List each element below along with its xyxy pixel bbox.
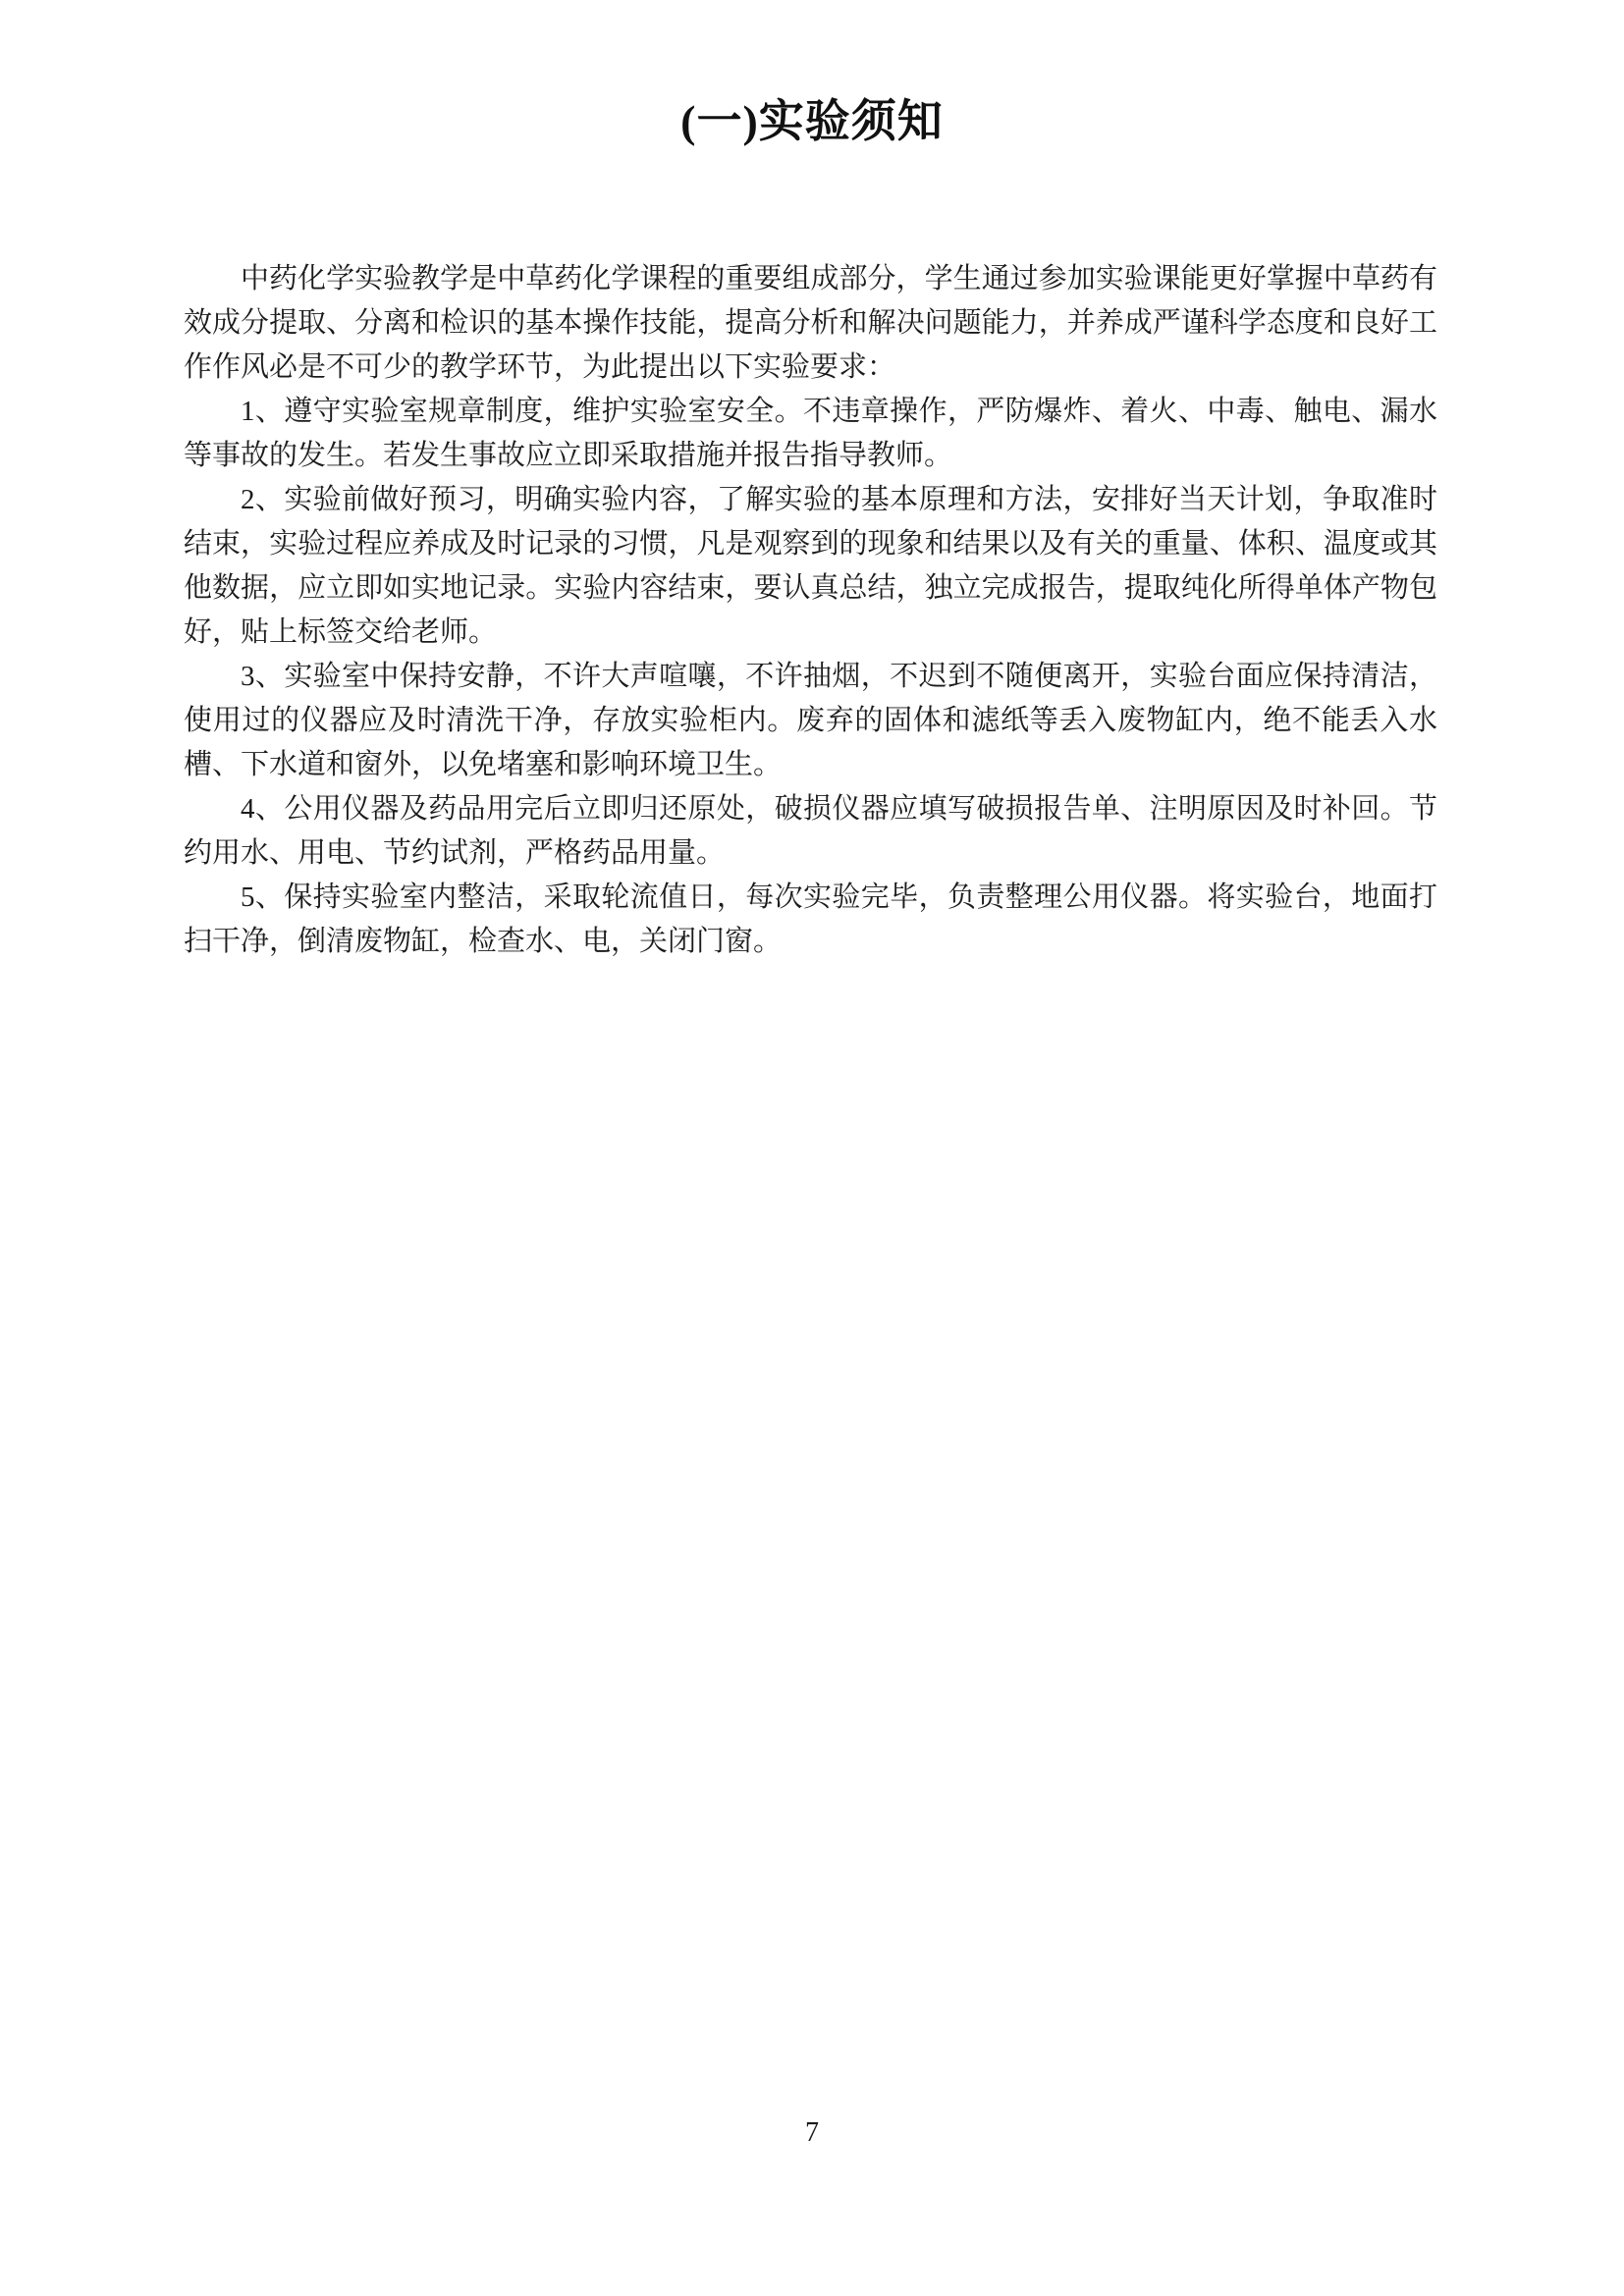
rule-paragraph-3: 3、实验室中保持安静，不许大声喧嚷，不许抽烟，不迟到不随便离开，实验台面应保持清…	[184, 655, 1437, 787]
page-number: 7	[0, 2114, 1624, 2152]
body-text: 中药化学实验教学是中草药化学课程的重要组成部分，学生通过参加实验课能更好掌握中草…	[184, 257, 1437, 964]
rule-paragraph-5: 5、保持实验室内整洁，采取轮流值日，每次实验完毕，负责整理公用仪器。将实验台，地…	[184, 876, 1437, 964]
page-title: (一)实验须知	[0, 92, 1624, 151]
intro-paragraph: 中药化学实验教学是中草药化学课程的重要组成部分，学生通过参加实验课能更好掌握中草…	[184, 257, 1437, 390]
document-page: (一)实验须知 中药化学实验教学是中草药化学课程的重要组成部分，学生通过参加实验…	[0, 0, 1624, 2296]
rule-paragraph-2: 2、实验前做好预习，明确实验内容，了解实验的基本原理和方法，安排好当天计划，争取…	[184, 478, 1437, 655]
rule-paragraph-4: 4、公用仪器及药品用完后立即归还原处，破损仪器应填写破损报告单、注明原因及时补回…	[184, 787, 1437, 876]
rule-paragraph-1: 1、遵守实验室规章制度，维护实验室安全。不违章操作，严防爆炸、着火、中毒、触电、…	[184, 390, 1437, 478]
